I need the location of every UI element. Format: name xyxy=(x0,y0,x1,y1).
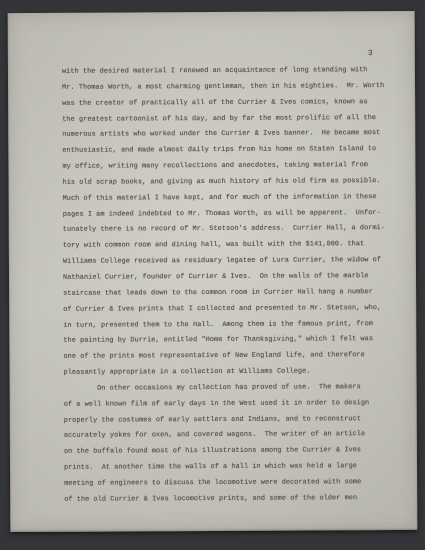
typed-line: Williams College received as residuary l… xyxy=(63,253,398,271)
typed-line: enthusiastic, and made almost daily trip… xyxy=(62,142,397,160)
typed-line: in turn, presented them to the Hall. Amo… xyxy=(63,317,398,335)
typed-line: was the creator of practically all of th… xyxy=(62,95,397,113)
scan-background: 3 with the desired material I renewed an… xyxy=(0,0,425,550)
typed-line: On other occasions my collection has pro… xyxy=(64,380,399,398)
typed-line: of a well known film of early days in th… xyxy=(64,396,399,414)
typed-line: on the buffalo found most of his illustr… xyxy=(64,443,399,461)
typed-line: the greatest cartoonist of his day, and … xyxy=(62,111,397,129)
page-number: 3 xyxy=(368,49,373,58)
typed-line: Mr. Thomas Worth, a most charming gentle… xyxy=(62,79,397,97)
document-page: 3 with the desired material I renewed an… xyxy=(8,11,418,532)
typed-line: one of the prints most representative of… xyxy=(63,348,398,366)
typed-line: numerous artists who worked under the Cu… xyxy=(62,126,397,144)
typed-line: with the desired material I renewed an a… xyxy=(62,63,397,81)
typed-line: Much of this material I have kept, and f… xyxy=(63,190,398,208)
typed-line: properly the costumes of early settlers … xyxy=(64,412,399,430)
typed-line: of the old Currier & Ives locomotive pri… xyxy=(64,491,399,509)
typed-line: pleasantly appropriate in a collection a… xyxy=(63,364,398,382)
typed-line: staircase that leads down to the common … xyxy=(63,285,398,303)
typed-line: tunately there is no record of Mr. Stets… xyxy=(63,221,398,239)
typed-text-body: with the desired material I renewed an a… xyxy=(62,63,399,508)
typed-line: prints. At another time the walls of a h… xyxy=(64,459,399,477)
typed-line: pages I am indeed indebted to Mr. Thomas… xyxy=(63,206,398,224)
typed-line: accurately yokes for oxen, and covered w… xyxy=(64,427,399,445)
typed-line: his old scrap books, and giving as much … xyxy=(62,174,397,192)
typed-line: my office, writing many recollections an… xyxy=(62,158,397,176)
typed-line: tory with common room and dining hall, w… xyxy=(63,237,398,255)
typed-line: of Currier & Ives prints that I collecte… xyxy=(63,301,398,319)
typed-line: the painting by Durrie, entitled "Home f… xyxy=(63,332,398,350)
typed-line: Nathaniel Currier, founder of Currier & … xyxy=(63,269,398,287)
typed-line: meeting of engineers to discuss the loco… xyxy=(64,475,399,493)
